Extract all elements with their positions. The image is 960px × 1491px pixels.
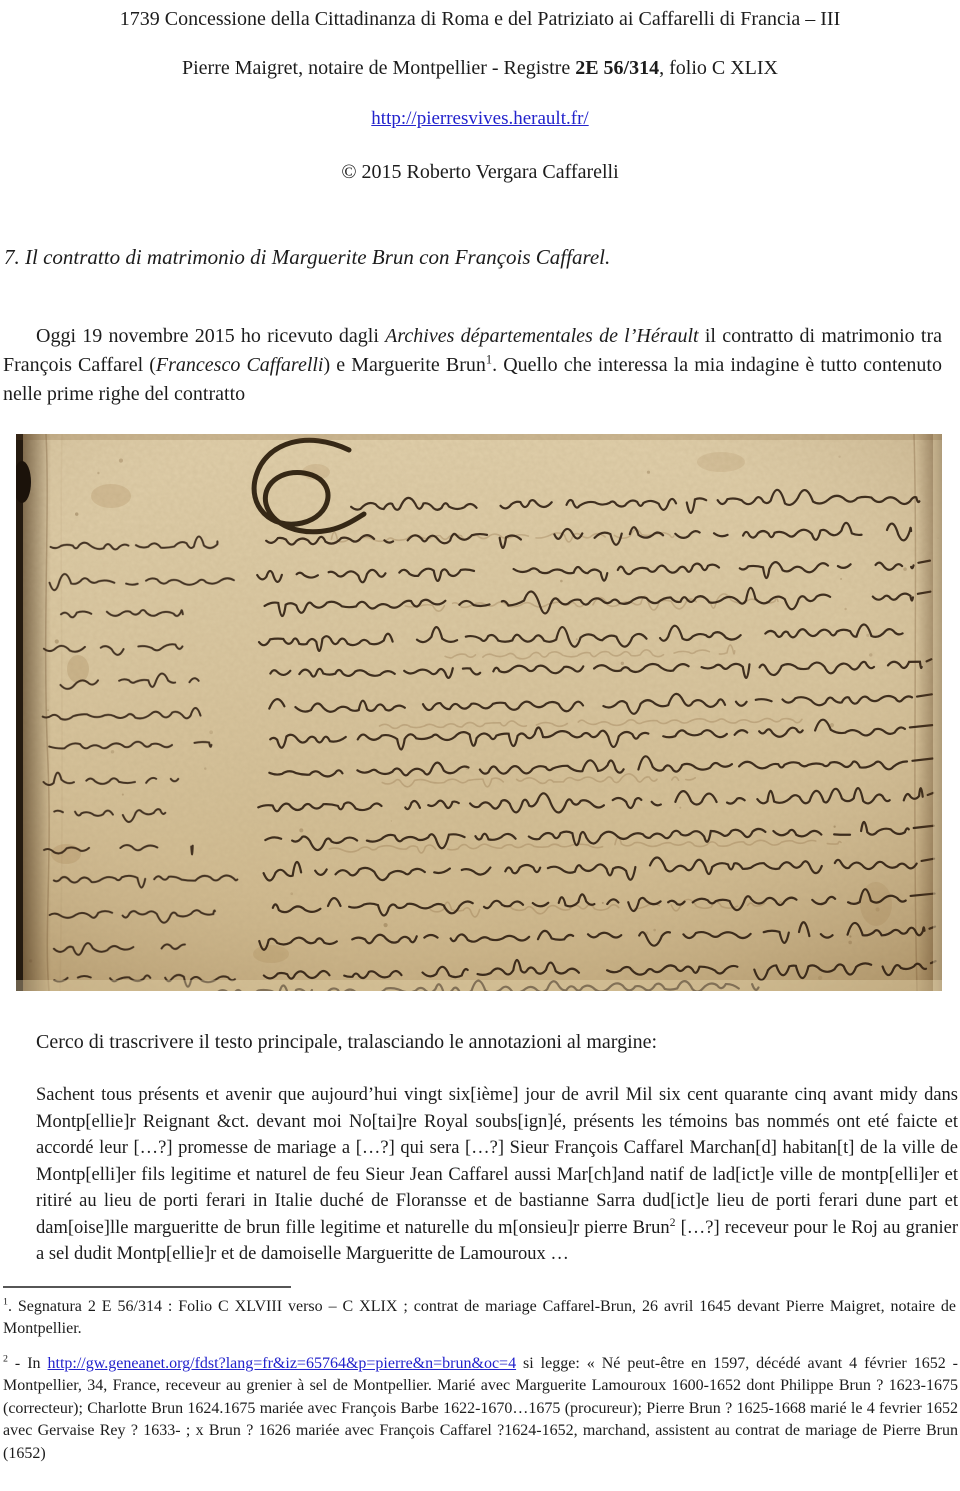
- pierresvives-link[interactable]: http://pierresvives.herault.fr/: [371, 108, 588, 129]
- left-edge-shadow: [23, 434, 51, 991]
- binding-edge-left: [16, 434, 23, 991]
- transcription-text: Sachent tous présents et avenir que aujo…: [36, 1082, 958, 1268]
- archives-name-italic: Archives départementales de l’Hérault: [385, 325, 698, 347]
- footnote-2: 2 - In http://gw.geneanet.org/fdst?lang=…: [3, 1353, 958, 1466]
- footnote-separator: [3, 1286, 291, 1288]
- copyright-line: © 2015 Roberto Vergara Caffarelli: [0, 159, 960, 186]
- italian-name-italic: Francesco Caffarelli: [156, 354, 324, 376]
- intro-text: ) e Marguerite Brun: [324, 354, 486, 376]
- document-header: 1739 Concessione della Cittadinanza di R…: [0, 0, 960, 186]
- top-edge-band: [16, 434, 942, 440]
- archive-link-line: http://pierresvives.herault.fr/: [0, 106, 960, 132]
- footnote-1-text: . Segnatura 2 E 56/314 : Folio C XLVIII …: [3, 1298, 956, 1338]
- geneanet-link[interactable]: http://gw.geneanet.org/fdst?lang=fr&iz=6…: [48, 1355, 517, 1372]
- section-heading: 7. Il contratto di matrimonio di Marguer…: [4, 243, 940, 272]
- intro-text: Oggi 19 novembre 2015 ho ricevuto dagli: [36, 325, 385, 347]
- intro-paragraph: Oggi 19 novembre 2015 ho ricevuto dagli …: [3, 322, 942, 409]
- right-page-edge: [933, 434, 942, 991]
- page-title: 1739 Concessione della Cittadinanza di R…: [0, 0, 960, 33]
- footnote-2-text: - In: [8, 1355, 48, 1372]
- subtitle-text: Pierre Maigret, notaire de Montpellier -…: [182, 57, 575, 79]
- transcription-segment: Sachent tous présents et avenir que aujo…: [36, 1085, 958, 1238]
- footnote-1: 1. Segnatura 2 E 56/314 : Folio C XLVIII…: [3, 1296, 956, 1341]
- bottom-edge-band: [16, 980, 942, 991]
- document-page: 1739 Concessione della Cittadinanza di R…: [0, 0, 960, 1491]
- document-subtitle: Pierre Maigret, notaire de Montpellier -…: [0, 55, 960, 82]
- manuscript-scan-image: [16, 434, 942, 991]
- registre-number: 2E 56/314: [575, 57, 659, 79]
- transcription-intro: Cerco di trascrivere il testo principale…: [3, 1028, 942, 1057]
- manuscript-svg: [16, 434, 942, 991]
- subtitle-folio: , folio C XLIX: [659, 57, 778, 79]
